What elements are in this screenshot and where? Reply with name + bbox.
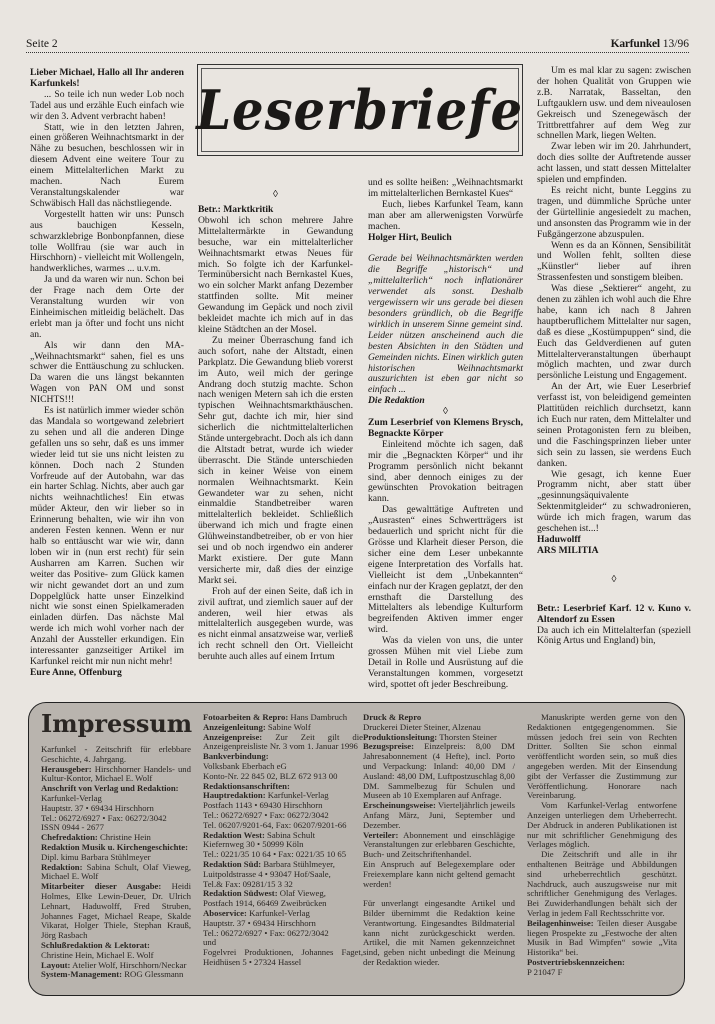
impressum-value: Ein Anspruch auf Belegexemplare oder Fre… — [363, 859, 515, 889]
letter-paragraph: Als wir dann den MA-„Weihnachtsmarkt“ sa… — [30, 341, 184, 406]
impressum-value: Druckerei Dieter Steiner, Alzenau — [363, 722, 481, 732]
impressum-label: Bezugspreise: — [363, 741, 414, 751]
impressum-value: Tel.: 0221/35 10 64 • Fax: 0221/35 10 65 — [203, 849, 346, 859]
impressum-value: ROG Glessmann — [122, 969, 183, 979]
impressum-label: Redaktion Musik u. Kirchengeschichte: — [41, 842, 188, 852]
impressum-label: Chefredaktion: — [41, 832, 98, 842]
impressum-label: Bankverbindung: — [203, 751, 269, 761]
impressum-value: Postfach 1914, 66469 Zweibrücken — [203, 898, 327, 908]
impressum-entry: Karfunkel - Zeitschrift für erlebbare Ge… — [41, 745, 191, 765]
impressum-value — [290, 781, 292, 791]
impressum-label: Schlußredaktion & Lektorat: — [41, 940, 150, 950]
impressum-column-1: Impressum Karfunkel - Zeitschrift für er… — [41, 707, 191, 980]
impressum-value: und — [203, 937, 216, 947]
letter-paragraph: Euch, liebes Karfunkel Team, kann man ab… — [368, 200, 523, 233]
impressum-entry: System-Management: ROG Glessmann — [41, 970, 191, 980]
impressum-value: Karfunkel - Zeitschrift für erlebbare Ge… — [41, 744, 191, 764]
impressum-value: Kiefernweg 30 • 50999 Köln — [203, 839, 304, 849]
impressum-value: Manuskripte werden gerne von den Redakti… — [527, 712, 677, 800]
impressum-value: Vom Karfunkel-Verlag entworfene Anzeigen… — [527, 800, 677, 849]
separator-row: ◊ — [198, 190, 353, 201]
impressum-label: System-Management: — [41, 969, 122, 979]
impressum-column-4: Manuskripte werden gerne von den Redakti… — [527, 713, 677, 978]
impressum-label: Druck & Repro — [363, 712, 421, 722]
impressum-entry: Für unverlangt eingesandte Artikel und B… — [363, 899, 515, 968]
impressum-column-2: Fotoarbeiten & Repro: Hans DambruchAnzei… — [203, 713, 363, 968]
column-4: Um es mal klar zu sagen: zwischen der ho… — [537, 66, 691, 647]
impressum-value — [188, 842, 190, 852]
section-title-box: Leserbriefe — [197, 64, 523, 156]
impressum-label: Redaktion West: — [203, 830, 265, 840]
header-divider — [26, 52, 689, 53]
impressum-value — [625, 957, 627, 967]
impressum-value: Karfunkel-Verlag — [247, 908, 310, 918]
impressum-value: Thorsten Steiner — [437, 732, 497, 742]
letter-paragraph: Es reicht nicht, bunte Leggins zu tragen… — [537, 186, 691, 241]
section-title-frame: Leserbriefe — [201, 68, 519, 152]
impressum-value — [421, 712, 423, 722]
impressum-value — [150, 940, 152, 950]
impressum-value: Tel.: 06272/6927 • Fax: 06272/3042 — [203, 928, 329, 938]
impressum-entry: Erscheinungsweise: Vierteljährlich jewei… — [363, 801, 515, 830]
letter-paragraph: Ja und da waren wir nun. Schon bei der F… — [30, 275, 184, 340]
impressum-entry: Vom Karfunkel-Verlag entworfene Anzeigen… — [527, 801, 677, 850]
impressum-label: Produktionsleitung: — [363, 732, 437, 742]
letter-paragraph: Obwohl ich schon mehrere Jahre Mittelalt… — [198, 216, 353, 336]
impressum-label: Verteiler: — [363, 830, 398, 840]
impressum-value: Barbara Stühlmeyer, — [261, 859, 335, 869]
issue-label: Karfunkel 13/96 — [611, 38, 689, 50]
impressum-entry: Anzeigenpreise: Zur Zeit gilt die Anzeig… — [203, 733, 363, 753]
impressum-value: Für unverlangt eingesandte Artikel und B… — [363, 898, 515, 967]
impressum-value: Sabina Schult — [265, 830, 315, 840]
impressum-value: Postfach 1143 • 69430 Hirschhorn — [203, 800, 323, 810]
impressum-label: Hauptredaktion: — [203, 790, 266, 800]
impressum-label: Anzeigenleitung: — [203, 722, 266, 732]
letter-paragraph: Was da vielen von uns, die unter grossen… — [368, 636, 523, 691]
letter-paragraph: Es ist natürlich immer wieder schön das … — [30, 406, 184, 668]
impressum-label: Layout: — [41, 960, 70, 970]
impressum-entry: Die Zeitschrift und alle in ihr enthalte… — [527, 850, 677, 919]
impressum-value: Volksbank Eberbach eG — [203, 761, 287, 771]
impressum-label: Aboservice: — [203, 908, 247, 918]
letter-paragraph: Wie gesagt, ich kenne Euer Programm nich… — [537, 470, 691, 535]
impressum-entry: Ein Anspruch auf Belegexemplare oder Fre… — [363, 860, 515, 889]
column-3: und es sollte heißen: „Weihnachtsmarkt i… — [368, 178, 523, 691]
impressum-label: Redaktion Süd: — [203, 859, 261, 869]
impressum-label: Fotoarbeiten & Repro: — [203, 712, 288, 722]
magazine-brand: Karfunkel — [611, 38, 660, 50]
letter-paragraph: und es sollte heißen: „Weihnachtsmarkt i… — [368, 178, 523, 200]
impressum-value: Atelier Wolf, Hirschhorn/Neckar — [70, 960, 186, 970]
impressum-label: Herausgeber: — [41, 764, 92, 774]
impressum-value: ISSN 0944 - 2677 — [41, 822, 104, 832]
column-1: Lieber Michael, Hallo all Ihr anderen Ka… — [30, 68, 184, 679]
impressum-entry: Redaktion: Sabina Schult, Olaf Vieweg, M… — [41, 863, 191, 883]
section-title: Leserbriefe — [197, 78, 524, 142]
column-2: Betr.: Marktkritik Obwohl ich schon mehr… — [198, 205, 353, 663]
impressum-value — [363, 888, 365, 898]
letter-heading: Betr.: Leserbrief Karf. 12 v. Kuno v. Al… — [537, 604, 691, 626]
impressum-label: Anzeigenpreise: — [203, 732, 262, 742]
impressum-entry: Beilagenhinweise: Teilen dieser Ausgabe … — [527, 919, 677, 958]
impressum-value: Karfunkel-Verlag — [41, 793, 102, 803]
impressum-entry: P 21047 F — [527, 968, 677, 978]
impressum-value: Christine Hein — [98, 832, 151, 842]
impressum-value — [179, 783, 181, 793]
impressum-value: Luitpoldstrasse 4 • 93047 Hof/Saale, — [203, 869, 331, 879]
impressum-box: Impressum Karfunkel - Zeitschrift für er… — [28, 702, 685, 996]
impressum-label: Erscheinungsweise: — [363, 800, 436, 810]
letter-paragraph: Zu meiner Überraschung fand ich auch sof… — [198, 336, 353, 587]
impressum-label: Mitarbeiter dieser Ausgabe: — [41, 881, 161, 891]
impressum-value: Hauptstr. 37 • 69434 Hirschhorn — [41, 803, 154, 813]
editorial-reply: Gerade bei Weihnachtsmärkten werden die … — [368, 254, 523, 396]
letter-paragraph: Wenn es da an Können, Sensibilität und W… — [537, 241, 691, 285]
impressum-title: Impressum — [41, 711, 191, 737]
letter-paragraph: Da auch ich ein Mittelalterfan (speziell… — [537, 626, 691, 648]
impressum-entry: Herausgeber: Hirschhorner Handels- und K… — [41, 765, 191, 785]
impressum-value: Olaf Vieweg, — [278, 888, 326, 898]
letter-paragraph: Was diese „Sektierer“ angeht, zu denen z… — [537, 284, 691, 382]
impressum-value: Hans Dambruch — [288, 712, 347, 722]
impressum-entry: Verteiler: Abonnement und einschlägige V… — [363, 831, 515, 860]
letter-paragraph: Einleitend möchte ich sagen, daß mir die… — [368, 440, 523, 505]
impressum-value: Konto-Nr. 22 845 02, BLZ 672 913 00 — [203, 771, 337, 781]
letter-paragraph: Vorgestellt hatten wir uns: Punsch aus b… — [30, 210, 184, 275]
letter-signature: Eure Anne, Offenburg — [30, 668, 184, 679]
impressum-label: Beilagenhinweise: — [527, 918, 594, 928]
letter-paragraph: Froh auf der einen Seite, daß ich in ziv… — [198, 587, 353, 663]
letter-paragraph: Statt, wie in den letzten Jahren, einen … — [30, 123, 184, 210]
impressum-label: Redaktionsanschriften: — [203, 781, 290, 791]
impressum-value: P 21047 F — [527, 967, 562, 977]
impressum-column-3: Druck & Repro Druckerei Dieter Steiner, … — [363, 713, 515, 968]
impressum-value: Tel.& Fax: 09281/15 3 32 — [203, 879, 293, 889]
page-number: Seite 2 — [26, 38, 58, 50]
impressum-label: Redaktion: — [41, 862, 83, 872]
letter-paragraph: Um es mal klar zu sagen: zwischen der ho… — [537, 66, 691, 142]
impressum-value: Tel.: 06272/6927 • Fax: 06272/3042 — [203, 810, 329, 820]
letter-heading: Lieber Michael, Hallo all Ihr anderen Ka… — [30, 68, 184, 90]
page-header: Seite 2 Karfunkel 13/96 — [26, 34, 689, 50]
impressum-entry: Mitarbeiter dieser Ausgabe: Heidi Holmes… — [41, 882, 191, 941]
letter-signature: Holger Hirt, Beulich — [368, 233, 523, 244]
separator-diamond-icon: ◊ — [537, 575, 691, 586]
impressum-value: Christine Hein, Michael E. Wolf — [41, 950, 154, 960]
letter-paragraph: An der Art, wie Euer Leserbrief verfasst… — [537, 382, 691, 469]
impressum-value: Einzelpreis: 8,00 DM Jahresabonnement (4… — [363, 741, 515, 800]
letter-paragraph: Das gewalttätige Auftreten und „Ausraste… — [368, 505, 523, 636]
impressum-label: Redaktion Südwest: — [203, 888, 278, 898]
impressum-value: Fogelvrei Produktionen, Johannes Faget, … — [203, 947, 363, 967]
impressum-entry: Fogelvrei Produktionen, Johannes Faget, … — [203, 948, 363, 968]
impressum-label: Anschrift von Verlag und Redaktion: — [41, 783, 179, 793]
impressum-value: Die Zeitschrift und alle in ihr enthalte… — [527, 849, 677, 918]
impressum-value: Tel. 06207/9201-64, Fax: 06207/9201-66 — [203, 820, 346, 830]
impressum-label: Postvertriebskennzeichen: — [527, 957, 625, 967]
impressum-value — [269, 751, 271, 761]
impressum-entry: Manuskripte werden gerne von den Redakti… — [527, 713, 677, 801]
impressum-value: Tel.: 06272/6927 • Fax: 06272/3042 — [41, 813, 167, 823]
separator-diamond-icon: ◊ — [198, 190, 353, 201]
impressum-value: Heidi Holmes, Elke Lewin-Deuer, Dr. Ulri… — [41, 881, 191, 940]
impressum-value: Dipl. kimu Barbara Stühlmeyer — [41, 852, 151, 862]
impressum-entry: Tel.: 06272/6927 • Fax: 06272/3042 — [203, 929, 363, 939]
issue-number: 13/96 — [663, 38, 689, 50]
impressum-value: Hauptstr. 37 • 69434 Hirschhorn — [203, 918, 316, 928]
letter-signature-group: ARS MILITIA — [537, 546, 691, 557]
impressum-entry: Bezugspreise: Einzelpreis: 8,00 DM Jahre… — [363, 742, 515, 801]
letter-paragraph: Zwar leben wir im 20. Jahrhundert, doch … — [537, 142, 691, 186]
letter-heading: Zum Leserbrief von Klemens Brysch, Begna… — [368, 418, 523, 440]
impressum-value: Karfunkel-Verlag — [266, 790, 329, 800]
letter-paragraph: ... So teile ich nun weder Lob noch Tade… — [30, 90, 184, 123]
impressum-value: Sabine Wolf — [266, 722, 311, 732]
